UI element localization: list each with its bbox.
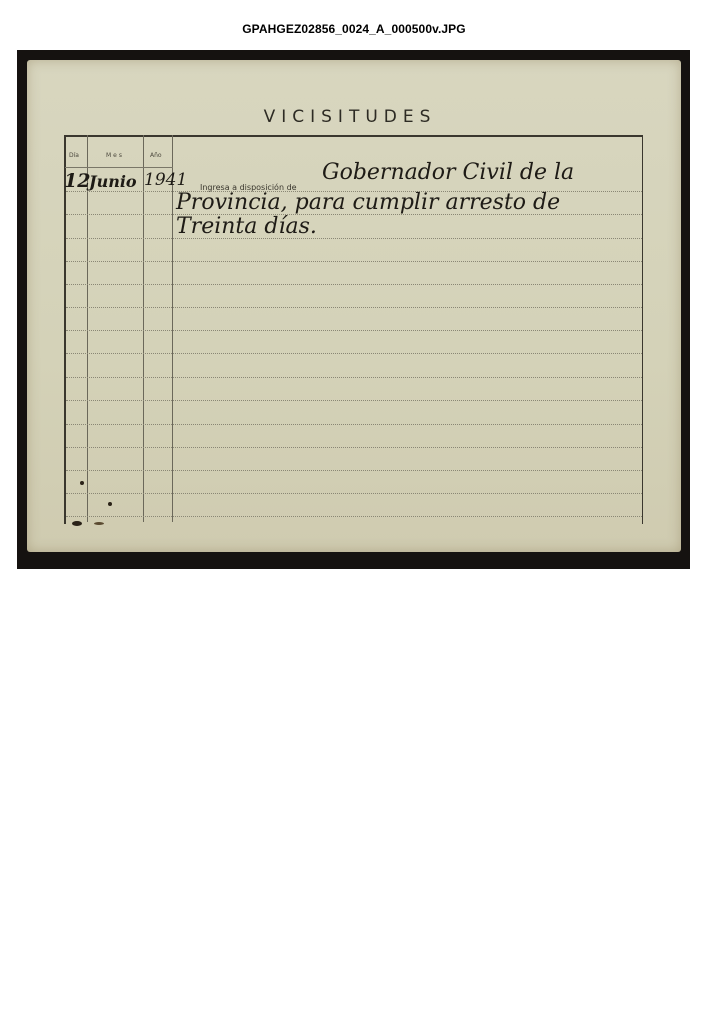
- row-line: [66, 493, 642, 494]
- card-title: VICISITUDES: [200, 107, 500, 127]
- handwritten-line-1: Gobernador Civil de la: [322, 160, 574, 185]
- handwritten-line-3: Treinta días.: [176, 214, 317, 239]
- column-divider-month: [143, 135, 144, 522]
- column-header-month: Mes: [106, 152, 124, 159]
- entry-month: Junio: [89, 172, 137, 191]
- row-line: [66, 424, 642, 425]
- header-row-divider: [65, 167, 173, 168]
- column-header-day: Día: [69, 152, 79, 159]
- row-line: [66, 470, 642, 471]
- entry-day: 12: [64, 170, 90, 192]
- row-line: [66, 284, 642, 285]
- entry-year: 1941: [144, 170, 187, 190]
- row-line: [66, 447, 642, 448]
- ink-spot: [108, 502, 112, 506]
- column-divider-day: [87, 135, 88, 522]
- row-line: [66, 516, 642, 517]
- row-line: [66, 307, 642, 308]
- ink-spot: [94, 522, 104, 525]
- image-filename: GPAHGEZ02856_0024_A_000500v.JPG: [0, 22, 708, 36]
- ink-spot: [72, 521, 82, 526]
- row-line: [66, 238, 642, 239]
- column-divider-year: [172, 135, 173, 522]
- row-line: [66, 330, 642, 331]
- row-line: [66, 353, 642, 354]
- row-line: [66, 377, 642, 378]
- row-line: [66, 400, 642, 401]
- ink-spot: [80, 481, 84, 485]
- row-line: [66, 261, 642, 262]
- column-header-year: Año: [150, 152, 162, 159]
- handwritten-line-2: Provincia, para cumplir arresto de: [176, 190, 560, 215]
